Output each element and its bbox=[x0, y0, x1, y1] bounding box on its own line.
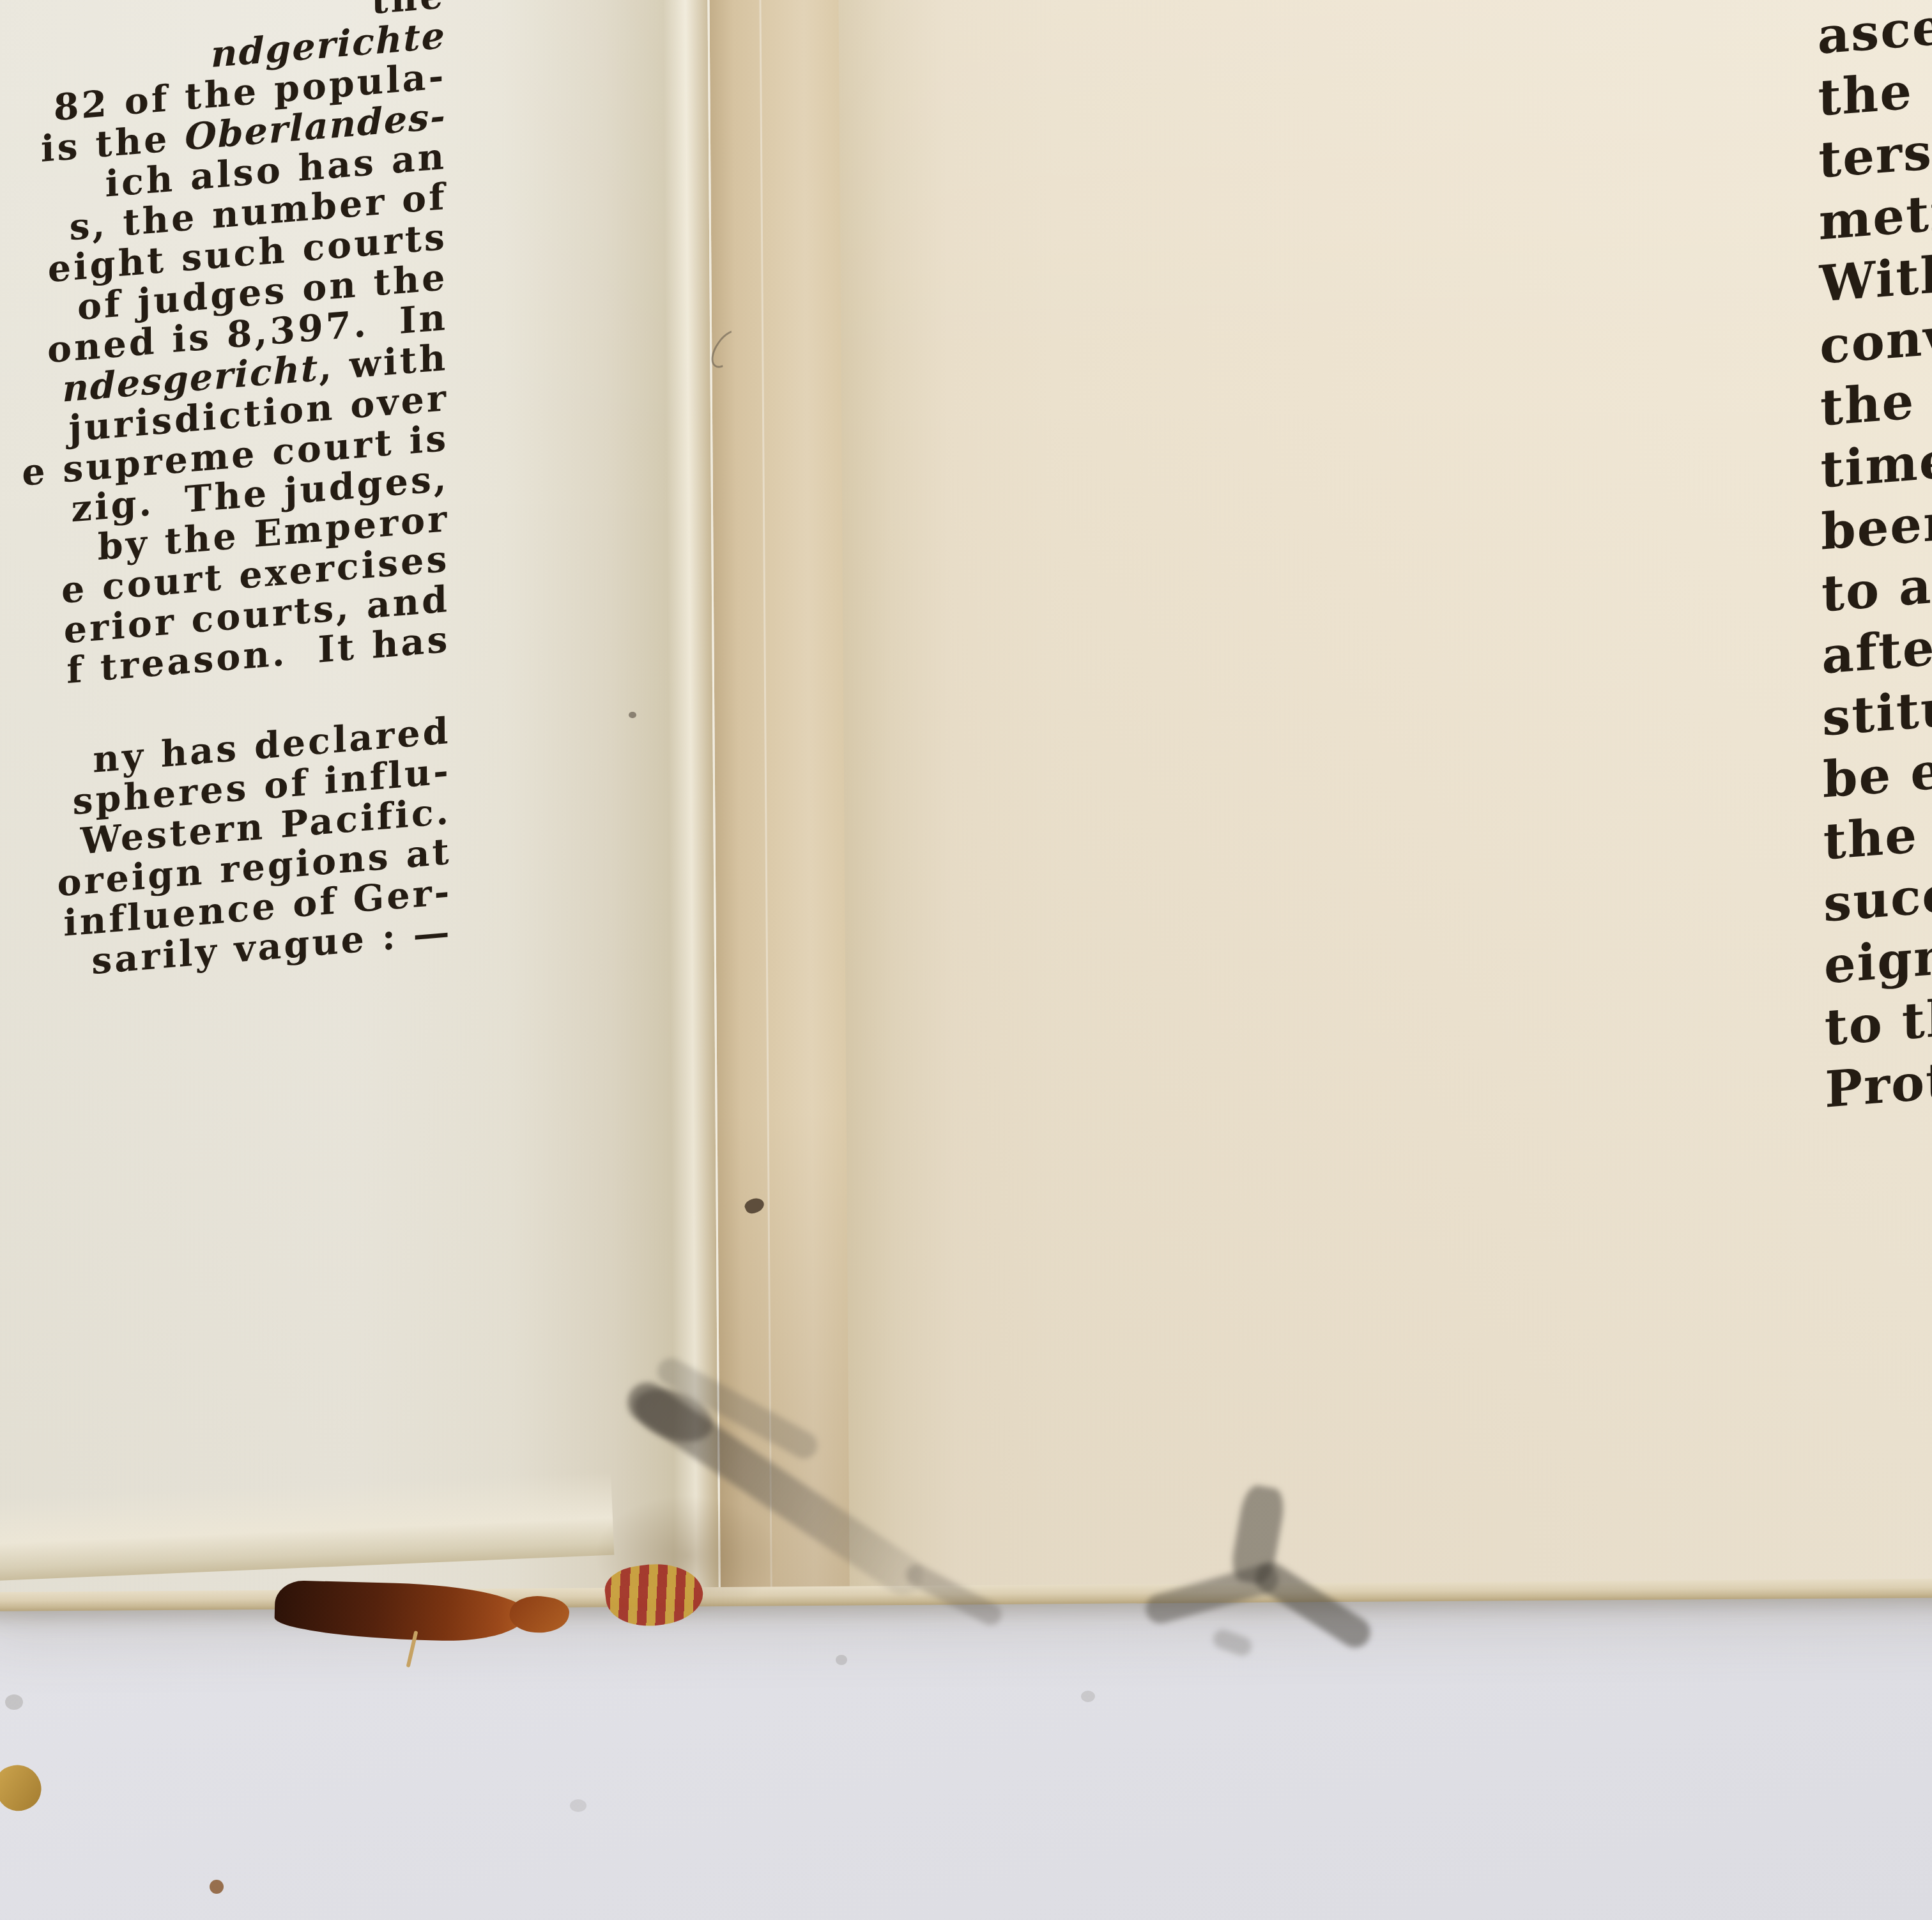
open-book: thendgerichte82 of the popula-is the Obe… bbox=[0, 0, 1932, 1608]
right-page: completing his eigascends the throne, he… bbox=[838, 0, 1932, 1602]
left-page-bottom-curl bbox=[0, 1472, 614, 1582]
book-gutter bbox=[707, 0, 852, 1602]
right-page-text: completing his eigascends the throne, he… bbox=[1817, 0, 1932, 1121]
text-line: ascends the throne, he must take bbox=[1818, 0, 1932, 68]
left-page-text: thendgerichte82 of the popula-is the Obe… bbox=[0, 0, 452, 1001]
left-page: thendgerichte82 of the popula-is the Obe… bbox=[0, 0, 719, 1608]
